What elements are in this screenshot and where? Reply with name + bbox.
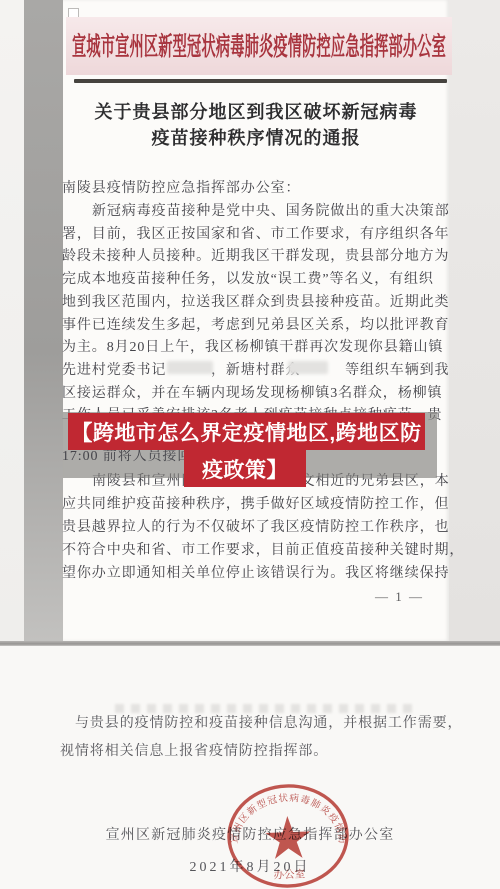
redacted-name <box>167 361 213 374</box>
body-line: 先进村党委书记 ，新塘村群众 等组织车辆到我 <box>62 359 440 379</box>
redacted-name <box>288 361 328 374</box>
document-page-1: 宣城市宣州区新型冠状病毒肺炎疫情防控应急指挥部办公室 关于贵县部分地区到我区破坏… <box>0 0 500 641</box>
body-line: 望你办立即通知相关单位停止该错误行为。我区将继续保持 <box>62 562 440 582</box>
caption-line1: 【跨地市怎么界定疫情地区,跨地区防 <box>68 413 425 450</box>
body-line: 事件已连续发生多起，考虑到兄弟县区关系，均以批评教育 <box>62 314 440 334</box>
body-line: 为主。8月20日上午，我区杨柳镇干群再次发现你县籍山镇 <box>62 336 440 356</box>
body-line: 贵县越界拉人的行为不仅破坏了我区疫情防控工作秩序，也 <box>62 516 440 536</box>
body-line: 龄段未接种人员接种。近期我区干群发现，贵县部分地方为 <box>62 245 440 265</box>
letterhead-text: 宣城市宣州区新型冠状病毒肺炎疫情防控应急指挥部办公室 <box>72 28 446 64</box>
official-seal: 宣州区新型冠状病毒肺炎疫情防控应急指挥部 办公室 <box>222 780 354 889</box>
photo-margin-left <box>0 0 24 641</box>
body-line: 区接运群众，并在车辆内现场发现杨柳镇3名群众，杨柳镇 <box>62 382 440 402</box>
seal-star <box>265 815 311 859</box>
page-number: — 1 — <box>375 589 424 605</box>
letterhead-banner: 宣城市宣州区新型冠状病毒肺炎疫情防控应急指挥部办公室 <box>66 17 452 75</box>
letterhead-rule <box>74 79 447 83</box>
body-line: 完成本地疫苗接种任务，以发放“误工费”等名义，有组织 <box>62 268 440 288</box>
body-line: 应共同维护疫苗接种秩序，携手做好区域疫情防控工作，但 <box>62 493 440 513</box>
body-line: 新冠病毒疫苗接种是党中央、国务院做出的重大决策部 <box>92 200 470 220</box>
photo-shadow-strip <box>24 0 63 641</box>
document-page-2: 与贵县的疫情防控和疫苗接种信息沟通，并根据工作需要， 视情将相关信息上报省疫情防… <box>0 646 500 889</box>
body-line: 署，目前，我区正按国家和省、市工作要求，有序组织各年 <box>62 223 440 243</box>
body-line: 地到我区范围内，拉送我区群众到贵县接种疫苗。近期此类 <box>62 291 440 311</box>
body-line: 南陵县疫情防控应急指挥部办公室： <box>62 177 440 197</box>
body-line: 视情将相关信息上报省疫情防控指挥部。 <box>60 740 328 760</box>
document-title-line1: 关于贵县部分地区到我区破坏新冠病毒 <box>63 98 449 124</box>
body-line: 不符合中央和省、市工作要求，目前正值疫苗接种关键时期， <box>62 539 440 559</box>
seal-bottom-text: 办公室 <box>273 867 305 881</box>
body-line: 与贵县的疫情防控和疫苗接种信息沟通，并根据工作需要， <box>75 712 462 732</box>
caption-line2: 疫政策】 <box>184 450 306 487</box>
seal-graphic: 宣州区新型冠状病毒肺炎疫情防控应急指挥部 办公室 <box>222 780 354 889</box>
document-photo: 宣城市宣州区新型冠状病毒肺炎疫情防控应急指挥部办公室 关于贵县部分地区到我区破坏… <box>0 0 500 889</box>
document-title-line2: 疫苗接种秩序情况的通报 <box>63 124 449 150</box>
